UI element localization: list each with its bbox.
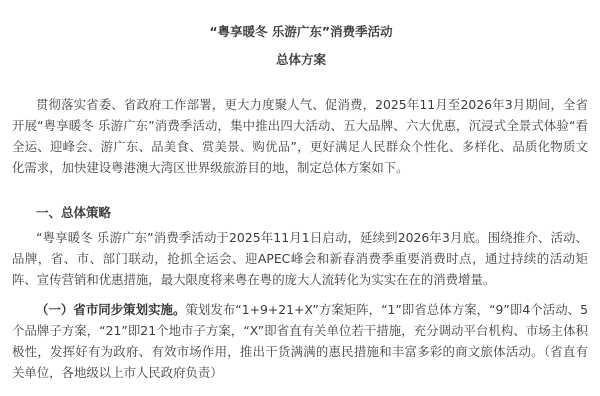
section-heading-general-strategy: 一、总体策略 xyxy=(36,203,111,221)
document-subtitle: 总体方案 xyxy=(12,50,590,68)
intro-paragraph: 贯彻落实省委、省政府工作部署，更大力度聚人气、促消费，2025年11月至2026… xyxy=(12,94,588,178)
general-strategy-paragraph: “粤享暖冬 乐游广东”消费季活动于2025年11月1日启动，延续到2026年3月… xyxy=(12,227,588,290)
item-one-paragraph: （一）省市同步策划实施。策划发布“1+9+21+X”方案矩阵，“1”即省总体方案… xyxy=(12,299,588,383)
document-title: “粤享暖冬 乐游广东”消费季活动 xyxy=(12,22,590,40)
item-one-lead: （一）省市同步策划实施。 xyxy=(36,302,185,317)
